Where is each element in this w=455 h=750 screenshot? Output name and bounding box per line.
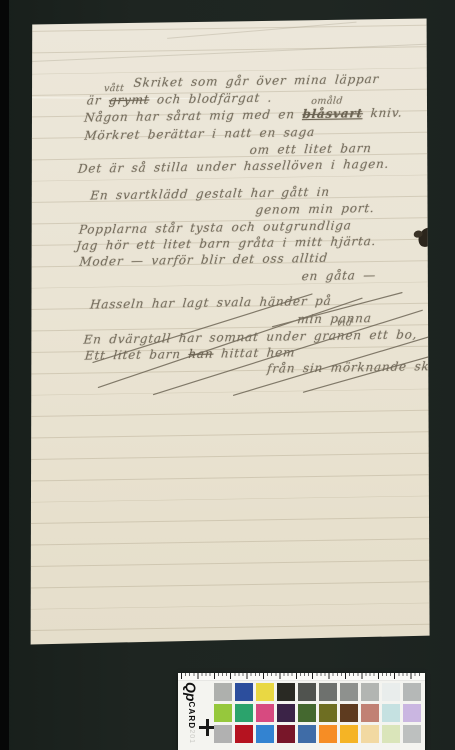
color-swatch [403, 683, 421, 701]
line-text: Mörkret berättar i natt en saga [84, 125, 316, 143]
manuscript-line: omåldNågon har sårat mig med en blåsvart… [84, 106, 404, 125]
color-swatch [214, 704, 232, 722]
manuscript-line: genom min port. [255, 201, 375, 217]
line-text: hittat hem [213, 345, 296, 360]
color-swatch [256, 683, 274, 701]
qpcard-logo-sub: CARD [187, 701, 196, 729]
line-text: från sin mörknande skog. [267, 359, 452, 376]
line-text: En svartklädd gestalt har gått in [90, 185, 331, 203]
card-label-area: QpCARD201 [178, 680, 211, 750]
line-text: ett bo, [369, 327, 418, 342]
qpcard-model-number: 201 [188, 729, 195, 744]
line-text: en gåta — [301, 268, 377, 283]
color-swatch [277, 683, 295, 701]
line-text: kniv. [362, 106, 403, 121]
color-calibration-card: QpCARD201 [178, 673, 425, 750]
color-swatch [214, 725, 232, 743]
color-swatch [256, 704, 274, 722]
manuscript-line: från sin mörknande skog. [267, 359, 452, 376]
manuscript-line: om ett litet barn [249, 141, 372, 157]
color-swatch [382, 725, 400, 743]
swatch-grid [214, 683, 421, 743]
color-swatch [277, 725, 295, 743]
line-text: Det är så stilla under hassellöven i hag… [77, 157, 390, 176]
manuscript-paper: Skriket som går över mina läppar våttär … [29, 15, 431, 647]
manuscript-line: min panna [297, 311, 373, 326]
paper-crease [167, 22, 356, 39]
inserted-word: vått [103, 83, 124, 94]
struck-word: grymt [108, 93, 150, 108]
color-swatch [214, 683, 232, 701]
manuscript-line: Jag hör ett litet barn gråta i mitt hjär… [76, 234, 377, 253]
color-swatch [256, 725, 274, 743]
color-swatch [403, 725, 421, 743]
qpcard-logo: QpCARD201 [182, 682, 200, 744]
color-swatch [277, 704, 295, 722]
scanned-document-page: { "scene": { "description": "Scanned han… [0, 0, 455, 750]
line-text: är [86, 93, 109, 107]
line-text: genom min port. [255, 201, 375, 217]
line-text: om ett litet barn [249, 141, 372, 157]
line-text: min panna [297, 311, 373, 326]
line-text: Moder — varför blir det oss alltid [79, 251, 329, 269]
color-swatch [298, 725, 316, 743]
line-text: Popplarna står tysta och outgrundliga [78, 218, 352, 236]
color-swatch [298, 683, 316, 701]
manuscript-line: Hasseln har lagt svala händer på [89, 294, 332, 312]
manuscript-line: Skriket som går över mina läppar [133, 72, 380, 90]
color-swatch [361, 683, 379, 701]
color-swatch [340, 683, 358, 701]
color-swatch [340, 704, 358, 722]
ruled-lines-layer: Skriket som går över mina läppar våttär … [16, 0, 452, 660]
line-text: Skriket som går över mina läppar [133, 72, 380, 90]
color-swatch [361, 725, 379, 743]
inserted-word: vid [336, 317, 353, 328]
manuscript-line: Mörkret berättar i natt en saga [84, 125, 316, 143]
manuscript-line: våttär grymt och blodfärgat . [86, 91, 273, 108]
ruler-major-ticks [181, 673, 423, 679]
line-text: Jag hör ett litet barn gråta i mitt hjär… [76, 234, 377, 253]
manuscript-line: Popplarna står tysta och outgrundliga [78, 218, 352, 236]
manuscript-line: En svartklädd gestalt har gått in [90, 185, 331, 203]
manuscript-line: vidEn dvärgtall har somnat under granen … [83, 327, 418, 346]
color-swatch [298, 704, 316, 722]
line-text: Någon har sårat mig med en [84, 107, 304, 124]
color-swatch [235, 725, 253, 743]
color-swatch [319, 704, 337, 722]
color-swatch [235, 704, 253, 722]
inserted-word: omåld [311, 96, 343, 108]
scan-edge-band [0, 0, 9, 750]
line-text: Hasseln har lagt svala händer på [89, 294, 332, 312]
struck-word: blåsvart [302, 106, 364, 121]
color-swatch [382, 683, 400, 701]
color-swatch [361, 704, 379, 722]
ruler-strip [178, 673, 425, 681]
color-swatch [340, 725, 358, 743]
manuscript-line: Ett litet barn han hittat hem [84, 345, 296, 362]
line-text: Ett litet barn [84, 347, 189, 363]
color-swatch [403, 704, 421, 722]
manuscript-line: Det är så stilla under hassellöven i hag… [77, 157, 390, 176]
manuscript-line: en gåta — [301, 268, 377, 283]
color-swatch [382, 704, 400, 722]
color-swatch [319, 683, 337, 701]
manuscript-line: Moder — varför blir det oss alltid [79, 251, 329, 269]
qpcard-logo-main: Qp [183, 682, 199, 701]
color-swatch [235, 683, 253, 701]
line-text: En dvärgtall har somnat under granen [83, 328, 370, 347]
struck-word: han [188, 347, 214, 361]
line-text: och blodfärgat . [149, 91, 273, 107]
paper-crease [17, 43, 443, 63]
color-swatch [319, 725, 337, 743]
